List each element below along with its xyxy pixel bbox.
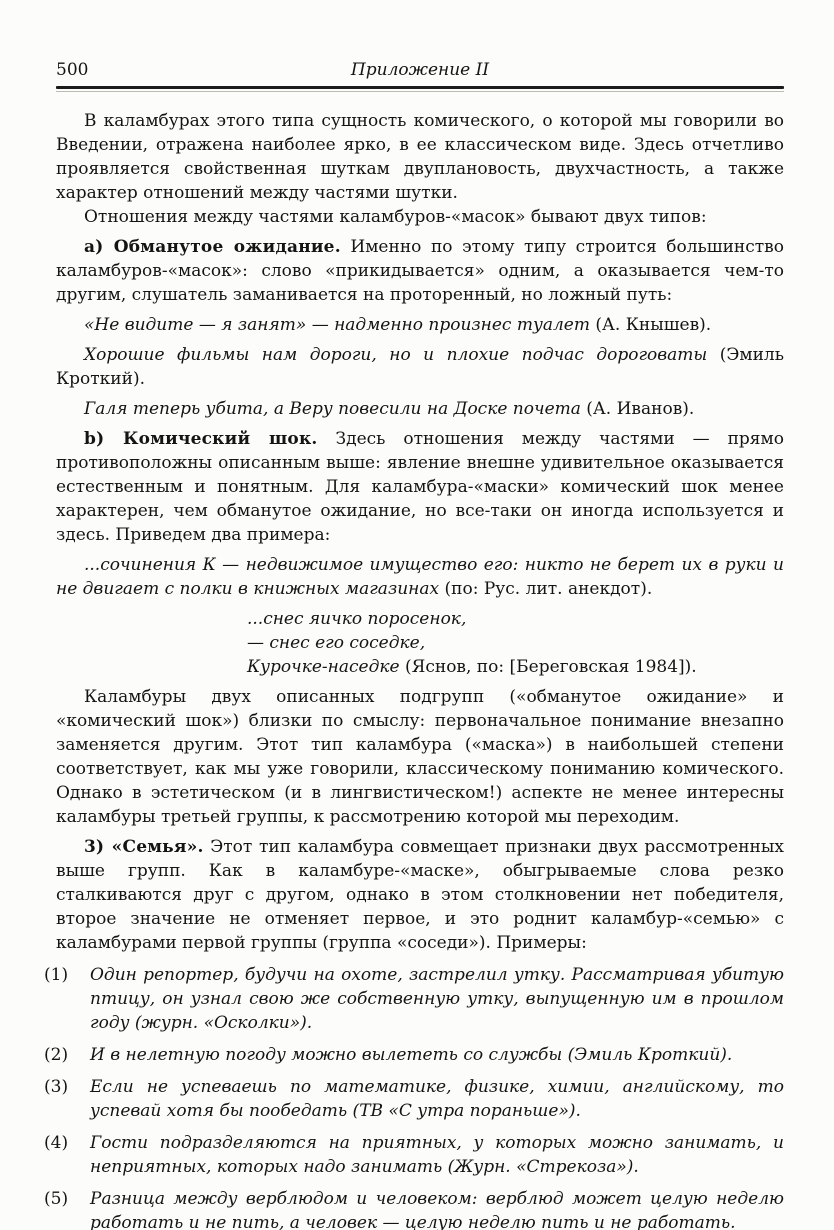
example-number: (5) — [44, 1187, 90, 1230]
quote-anekdot-text: ...сочинения К — недвижимое имущество ег… — [56, 555, 784, 599]
verse-block: ...снес яичко поросенок, — снес его сосе… — [247, 607, 784, 679]
example-item-5: (5) Разница между верблюдом и человеком:… — [44, 1187, 784, 1230]
quote-krotkiy-films: Хорошие фильмы нам дороги, но и плохие п… — [56, 343, 784, 391]
verse-line-3-text: Курочке-наседке — [247, 657, 400, 677]
example-number: (2) — [44, 1043, 90, 1067]
running-head: 500 Приложение II — [56, 58, 784, 82]
verse-line-3-attribution: (Яснов, по: [Береговская 1984]). — [400, 657, 697, 677]
example-item-3: (3) Если не успеваешь по математике, физ… — [44, 1075, 784, 1123]
quote-ivanov: Галя теперь убита, а Веру повесили на До… — [56, 397, 784, 421]
quote-ivanov-attribution: (А. Иванов). — [581, 399, 694, 419]
example-item-1: (1) Один репортер, будучи на охоте, заст… — [44, 963, 784, 1035]
quote-krotkiy-films-text: Хорошие фильмы нам дороги, но и плохие п… — [84, 345, 707, 365]
example-4-quote: Гости подразделяются на приятных, у кото… — [90, 1133, 784, 1177]
verse-line-3: Курочке-наседке (Яснов, по: [Береговская… — [247, 655, 784, 679]
page-body: В каламбурах этого типа сущность комичес… — [56, 109, 784, 1230]
verse-line-1: ...снес яичко поросенок, — [247, 607, 784, 631]
example-5-quote: Разница между верблюдом и человеком: вер… — [90, 1189, 784, 1230]
example-number: (3) — [44, 1075, 90, 1123]
quote-anekdot: ...сочинения К — недвижимое имущество ег… — [56, 553, 784, 601]
example-number: (1) — [44, 963, 90, 1035]
example-text: Гости подразделяются на приятных, у кото… — [90, 1131, 784, 1179]
section-a-paragraph: а) Обманутое ожидание. Именно по этому т… — [56, 235, 784, 307]
running-head-title: Приложение II — [56, 58, 784, 82]
example-text: Если не успеваешь по математике, физике,… — [90, 1075, 784, 1123]
example-item-2: (2) И в нелетную погоду можно вылететь с… — [44, 1043, 784, 1067]
example-4-attribution: (Журн. «Стрекоза»). — [442, 1157, 639, 1177]
section-b-heading: b) Комический шок. — [84, 429, 318, 449]
section-3-paragraph: 3) «Семья». Этот тип каламбура совмещает… — [56, 835, 784, 955]
example-3-attribution: (ТВ «С утра пораньше»). — [347, 1101, 581, 1121]
quote-knyshev-attribution: (А. Кнышев). — [590, 315, 711, 335]
example-number: (4) — [44, 1131, 90, 1179]
section-a-heading: а) Обманутое ожидание. — [84, 237, 341, 257]
quote-knyshev-text: «Не видите — я занят» — надменно произне… — [84, 315, 590, 335]
example-2-quote: И в нелетную погоду можно вылететь со сл… — [90, 1045, 562, 1065]
section-3-heading: 3) «Семья». — [84, 837, 204, 857]
paragraph-types-intro: Отношения между частями каламбуров-«масо… — [56, 205, 784, 229]
paragraph-intro: В каламбурах этого типа сущность комичес… — [56, 109, 784, 205]
numbered-examples: (1) Один репортер, будучи на охоте, заст… — [56, 963, 784, 1230]
example-text: Один репортер, будучи на охоте, застрели… — [90, 963, 784, 1035]
quote-anekdot-attribution: (по: Рус. лит. анекдот). — [439, 579, 652, 599]
paragraph-summary: Каламбуры двух описанных подгрупп («обма… — [56, 685, 784, 829]
example-item-4: (4) Гости подразделяются на приятных, у … — [44, 1131, 784, 1179]
quote-knyshev: «Не видите — я занят» — надменно произне… — [56, 313, 784, 337]
header-rule-shadow — [56, 91, 784, 92]
example-text: Разница между верблюдом и человеком: вер… — [90, 1187, 784, 1230]
example-text: И в нелетную погоду можно вылететь со сл… — [90, 1043, 784, 1067]
section-b-paragraph: b) Комический шок. Здесь отношения между… — [56, 427, 784, 547]
header-rule — [56, 86, 784, 89]
quote-ivanov-text: Галя теперь убита, а Веру повесили на До… — [84, 399, 581, 419]
example-2-attribution: (Эмиль Кроткий). — [562, 1045, 732, 1065]
example-1-attribution: (журн. «Осколки»). — [129, 1013, 312, 1033]
book-page: 500 Приложение II В каламбурах этого тип… — [0, 0, 834, 1230]
verse-line-2: — снес его соседке, — [247, 631, 784, 655]
